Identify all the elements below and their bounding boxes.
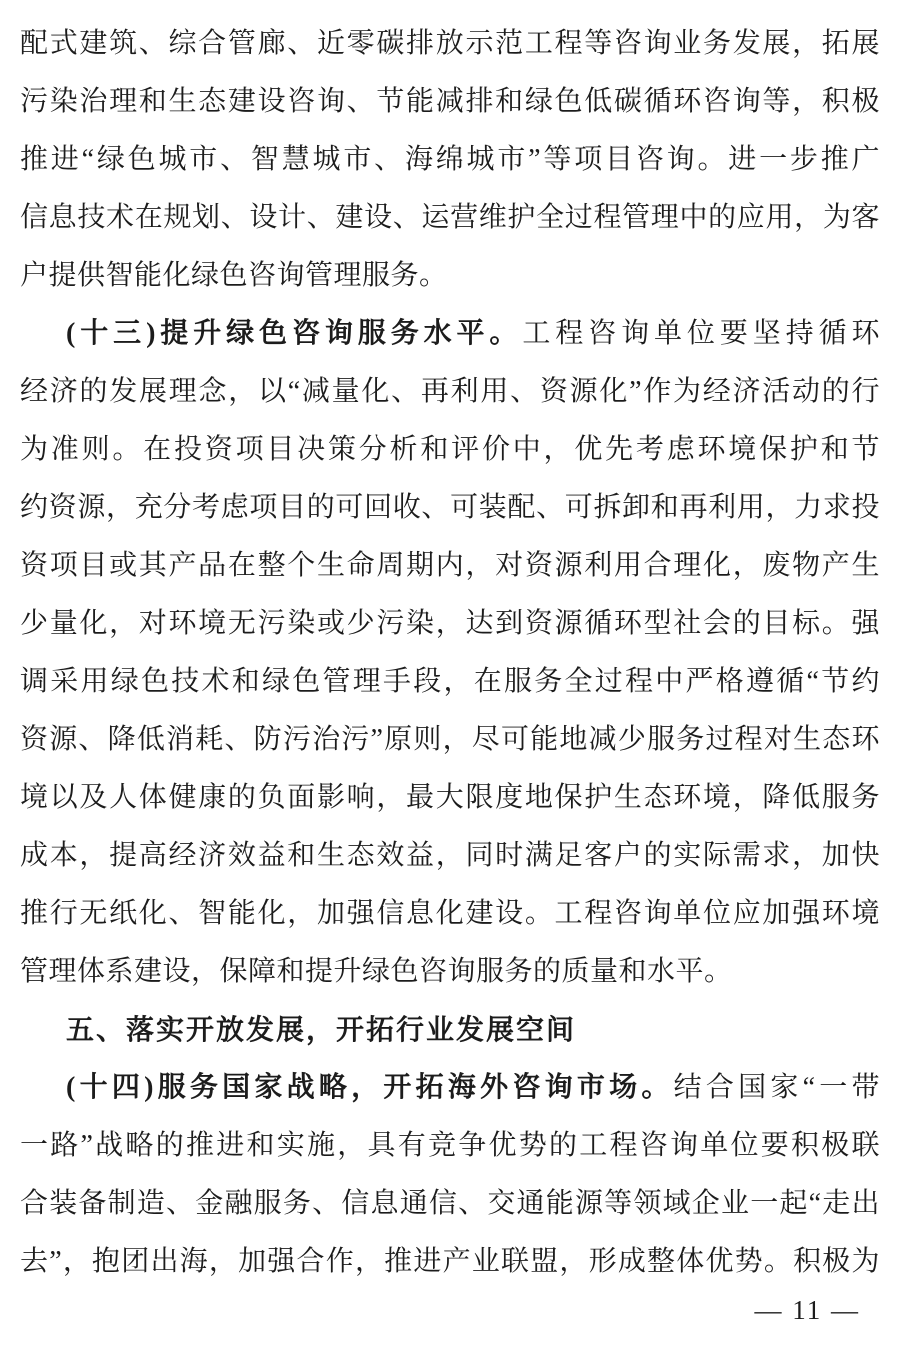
body-text: 结合国家“一带 bbox=[674, 1072, 880, 1103]
body-text: 配式建筑、综合管廊、近零碳排放示范工程等咨询业务发展，拓展 bbox=[20, 28, 880, 59]
text-line: 配式建筑、综合管廊、近零碳排放示范工程等咨询业务发展，拓展 bbox=[20, 15, 880, 73]
text-line: 合装备制造、金融服务、信息通信、交通能源等领域企业一起“走出 bbox=[20, 1175, 880, 1233]
body-text: 合装备制造、金融服务、信息通信、交通能源等领域企业一起“走出 bbox=[20, 1188, 880, 1219]
text-line: 经济的发展理念，以“减量化、再利用、资源化”作为经济活动的行 bbox=[20, 363, 880, 421]
body-text: 资源、降低消耗、防污治污”原则，尽可能地减少服务过程对生态环 bbox=[20, 724, 880, 755]
body-text: 少量化，对环境无污染或少污染，达到资源循环型社会的目标。强 bbox=[20, 608, 880, 639]
text-line: (十四)服务国家战略，开拓海外咨询市场。结合国家“一带 bbox=[20, 1059, 880, 1117]
text-line: 为准则。在投资项目决策分析和评价中，优先考虑环境保护和节 bbox=[20, 421, 880, 479]
text-line: 去”，抱团出海，加强合作，推进产业联盟，形成整体优势。积极为 bbox=[20, 1233, 880, 1291]
body-text: 为准则。在投资项目决策分析和评价中，优先考虑环境保护和节 bbox=[20, 434, 880, 465]
text-line: 资项目或其产品在整个生命周期内，对资源利用合理化，废物产生 bbox=[20, 537, 880, 595]
body-text: 去”，抱团出海，加强合作，推进产业联盟，形成整体优势。积极为 bbox=[20, 1246, 880, 1277]
text-line: 户提供智能化绿色咨询管理服务。 bbox=[20, 247, 880, 305]
body-text: 经济的发展理念，以“减量化、再利用、资源化”作为经济活动的行 bbox=[20, 376, 880, 407]
document-body: 配式建筑、综合管廊、近零碳排放示范工程等咨询业务发展，拓展污染治理和生态建设咨询… bbox=[20, 15, 880, 1291]
body-text: 户提供智能化绿色咨询管理服务。 bbox=[20, 260, 448, 291]
body-text: 推进“绿色城市、智慧城市、海绵城市”等项目咨询。进一步推广 bbox=[20, 144, 880, 175]
text-line: 约资源，充分考虑项目的可回收、可装配、可拆卸和再利用，力求投 bbox=[20, 479, 880, 537]
text-line: 一路”战略的推进和实施，具有竞争优势的工程咨询单位要积极联 bbox=[20, 1117, 880, 1175]
body-text: 管理体系建设，保障和提升绿色咨询服务的质量和水平。 bbox=[20, 956, 733, 987]
text-line: 管理体系建设，保障和提升绿色咨询服务的质量和水平。 bbox=[20, 943, 880, 1001]
text-line: 少量化，对环境无污染或少污染，达到资源循环型社会的目标。强 bbox=[20, 595, 880, 653]
body-text: 工程咨询单位要坚持循环 bbox=[522, 318, 880, 349]
text-line: 调采用绿色技术和绿色管理手段，在服务全过程中严格遵循“节约 bbox=[20, 653, 880, 711]
body-text: 资项目或其产品在整个生命周期内，对资源利用合理化，废物产生 bbox=[20, 550, 880, 581]
text-line: 成本，提高经济效益和生态效益，同时满足客户的实际需求，加快 bbox=[20, 827, 880, 885]
text-line: 推进“绿色城市、智慧城市、海绵城市”等项目咨询。进一步推广 bbox=[20, 131, 880, 189]
text-line: (十三)提升绿色咨询服务水平。工程咨询单位要坚持循环 bbox=[20, 305, 880, 363]
text-line: 信息技术在规划、设计、建设、运营维护全过程管理中的应用，为客 bbox=[20, 189, 880, 247]
body-text: 推行无纸化、智能化，加强信息化建设。工程咨询单位应加强环境 bbox=[20, 898, 880, 929]
document-page: 配式建筑、综合管廊、近零碳排放示范工程等咨询业务发展，拓展污染治理和生态建设咨询… bbox=[0, 0, 900, 1346]
section-heading: 五、落实开放发展，开拓行业发展空间 bbox=[66, 1014, 576, 1045]
page-number: — 11 — bbox=[755, 1290, 861, 1330]
clause-heading: (十四)服务国家战略，开拓海外咨询市场。 bbox=[66, 1072, 674, 1103]
clause-heading: (十三)提升绿色咨询服务水平。 bbox=[66, 318, 522, 349]
text-line: 五、落实开放发展，开拓行业发展空间 bbox=[20, 1001, 880, 1059]
body-text: 成本，提高经济效益和生态效益，同时满足客户的实际需求，加快 bbox=[20, 840, 880, 871]
body-text: 信息技术在规划、设计、建设、运营维护全过程管理中的应用，为客 bbox=[20, 202, 880, 233]
text-line: 资源、降低消耗、防污治污”原则，尽可能地减少服务过程对生态环 bbox=[20, 711, 880, 769]
body-text: 一路”战略的推进和实施，具有竞争优势的工程咨询单位要积极联 bbox=[20, 1130, 880, 1161]
text-line: 境以及人体健康的负面影响，最大限度地保护生态环境，降低服务 bbox=[20, 769, 880, 827]
text-line: 推行无纸化、智能化，加强信息化建设。工程咨询单位应加强环境 bbox=[20, 885, 880, 943]
text-line: 污染治理和生态建设咨询、节能减排和绿色低碳循环咨询等，积极 bbox=[20, 73, 880, 131]
body-text: 调采用绿色技术和绿色管理手段，在服务全过程中严格遵循“节约 bbox=[20, 666, 880, 697]
body-text: 约资源，充分考虑项目的可回收、可装配、可拆卸和再利用，力求投 bbox=[20, 492, 880, 523]
body-text: 境以及人体健康的负面影响，最大限度地保护生态环境，降低服务 bbox=[20, 782, 880, 813]
body-text: 污染治理和生态建设咨询、节能减排和绿色低碳循环咨询等，积极 bbox=[20, 86, 880, 117]
